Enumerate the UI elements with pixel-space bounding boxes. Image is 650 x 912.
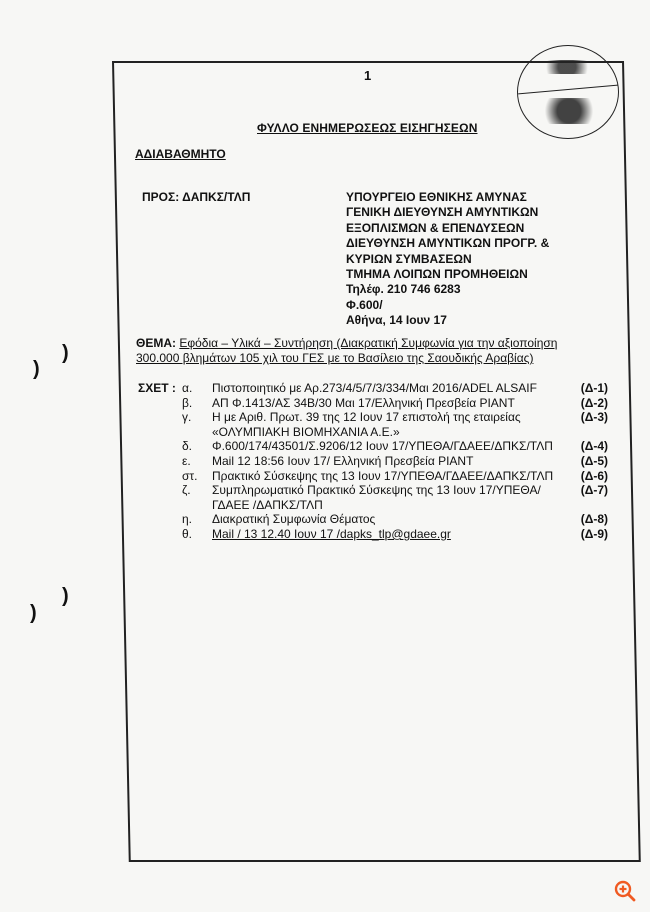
reference-letter: β. bbox=[182, 396, 212, 411]
reference-item: ε.Mail 12 18:56 Ιουν 17/ Ελληνική Πρεσβε… bbox=[138, 454, 608, 469]
references-label: ΣΧΕΤ : bbox=[138, 381, 182, 396]
sender-line: Τηλέφ. 210 746 6283 bbox=[346, 282, 549, 297]
sender-line: ΚΥΡΙΩΝ ΣΥΜΒΑΣΕΩΝ bbox=[346, 252, 549, 267]
sender-line: Φ.600/ bbox=[346, 298, 549, 313]
reference-item: γ.Η με Αριθ. Πρωτ. 39 της 12 Ιουν 17 επι… bbox=[138, 410, 608, 439]
attachment-code: (Δ-7) bbox=[568, 483, 608, 512]
references-label bbox=[138, 396, 182, 411]
reference-item: στ.Πρακτικό Σύσκεψης της 13 Ιουν 17/ΥΠΕΘ… bbox=[138, 469, 608, 484]
sender-line: ΔΙΕΥΘΥΝΣΗ ΑΜΥΝΤΙΚΩΝ ΠΡΟΓΡ. & bbox=[346, 236, 549, 251]
reference-letter: ε. bbox=[182, 454, 212, 469]
page-number: 1 bbox=[364, 68, 371, 83]
reference-item: β.ΑΠ Φ.1413/ΑΣ 34Β/30 Μαι 17/Ελληνική Πρ… bbox=[138, 396, 608, 411]
sender-line: ΓΕΝΙΚΗ ΔΙΕΥΘΥΝΣΗ ΑΜΥΝΤΙΚΩΝ bbox=[346, 205, 549, 220]
sender-line: ΕΞΟΠΛΙΣΜΩΝ & ΕΠΕΝΔΥΣΕΩΝ bbox=[346, 221, 549, 236]
reference-text[interactable]: Mail / 13 12.40 Ιουν 17 /dapks_tlp@gdaee… bbox=[212, 527, 568, 542]
sender-line: ΥΠΟΥΡΓΕΙΟ ΕΘΝΙΚΗΣ ΑΜΥΝΑΣ bbox=[346, 190, 549, 205]
references-label bbox=[138, 483, 182, 512]
reference-item: θ.Mail / 13 12.40 Ιουν 17 /dapks_tlp@gda… bbox=[138, 527, 608, 542]
punch-mark: ) bbox=[62, 585, 69, 608]
classification-label: ΑΔΙΑΒΑΘΜΗΤΟ bbox=[135, 147, 226, 161]
attachment-code: (Δ-9) bbox=[568, 527, 608, 542]
reference-letter: δ. bbox=[182, 439, 212, 454]
attachment-code: (Δ-1) bbox=[568, 381, 608, 396]
references-label bbox=[138, 454, 182, 469]
attachment-code: (Δ-2) bbox=[568, 396, 608, 411]
punch-mark: ) bbox=[30, 602, 37, 625]
reference-letter: α. bbox=[182, 381, 212, 396]
reference-item: δ.Φ.600/174/43501/Σ.9206/12 Ιουν 17/ΥΠΕΘ… bbox=[138, 439, 608, 454]
punch-mark: ) bbox=[62, 342, 69, 365]
punch-mark: ) bbox=[33, 358, 40, 381]
sender-line: Αθήνα, 14 Ιουν 17 bbox=[346, 313, 549, 328]
references-label bbox=[138, 469, 182, 484]
reference-text: Διακρατική Συμφωνία Θέματος bbox=[212, 512, 568, 527]
reference-letter: η. bbox=[182, 512, 212, 527]
references-label bbox=[138, 527, 182, 542]
sender-line: ΤΜΗΜΑ ΛΟΙΠΩΝ ΠΡΟΜΗΘΕΙΩΝ bbox=[346, 267, 549, 282]
attachment-code: (Δ-3) bbox=[568, 410, 608, 439]
reference-text: Πρακτικό Σύσκεψης της 13 Ιουν 17/ΥΠΕΘΑ/Γ… bbox=[212, 469, 568, 484]
attachment-code: (Δ-8) bbox=[568, 512, 608, 527]
reference-text: Πιστοποιητικό με Αρ.273/4/5/7/3/334/Μαι … bbox=[212, 381, 568, 396]
subject-text: Εφόδια – Υλικά – Συντήρηση (Διακρατική Σ… bbox=[136, 336, 557, 365]
reference-text: Φ.600/174/43501/Σ.9206/12 Ιουν 17/ΥΠΕΘΑ/… bbox=[212, 439, 568, 454]
attachment-code: (Δ-5) bbox=[568, 454, 608, 469]
reference-item: ΣΧΕΤ :α.Πιστοποιητικό με Αρ.273/4/5/7/3/… bbox=[138, 381, 608, 396]
sender-block: ΥΠΟΥΡΓΕΙΟ ΕΘΝΙΚΗΣ ΑΜΥΝΑΣΓΕΝΙΚΗ ΔΙΕΥΘΥΝΣΗ… bbox=[346, 190, 549, 329]
reference-letter: θ. bbox=[182, 527, 212, 542]
subject: ΘΕΜΑ: Εφόδια – Υλικά – Συντήρηση (Διακρα… bbox=[136, 336, 596, 366]
references-label bbox=[138, 410, 182, 439]
references-list: ΣΧΕΤ :α.Πιστοποιητικό με Αρ.273/4/5/7/3/… bbox=[138, 381, 608, 542]
official-stamp bbox=[517, 45, 619, 139]
document-title: ΦΥΛΛΟ ΕΝΗΜΕΡΩΣΕΩΣ ΕΙΣΗΓΗΣΕΩΝ bbox=[257, 121, 477, 135]
reference-item: η.Διακρατική Συμφωνία Θέματος(Δ-8) bbox=[138, 512, 608, 527]
reference-text: ΑΠ Φ.1413/ΑΣ 34Β/30 Μαι 17/Ελληνική Πρεσ… bbox=[212, 396, 568, 411]
reference-text: Συμπληρωματικό Πρακτικό Σύσκεψης της 13 … bbox=[212, 483, 568, 512]
zoom-in-icon[interactable] bbox=[614, 880, 636, 902]
references-label bbox=[138, 512, 182, 527]
recipient: ΠΡΟΣ: ΔΑΠΚΣ/ΤΛΠ bbox=[142, 190, 250, 204]
subject-label: ΘΕΜΑ: bbox=[136, 336, 176, 350]
reference-letter: ζ. bbox=[182, 483, 212, 512]
reference-letter: γ. bbox=[182, 410, 212, 439]
references-label bbox=[138, 439, 182, 454]
reference-item: ζ.Συμπληρωματικό Πρακτικό Σύσκεψης της 1… bbox=[138, 483, 608, 512]
reference-text: Mail 12 18:56 Ιουν 17/ Ελληνική Πρεσβεία… bbox=[212, 454, 568, 469]
attachment-code: (Δ-4) bbox=[568, 439, 608, 454]
attachment-code: (Δ-6) bbox=[568, 469, 608, 484]
reference-text: Η με Αριθ. Πρωτ. 39 της 12 Ιουν 17 επιστ… bbox=[212, 410, 568, 439]
reference-letter: στ. bbox=[182, 469, 212, 484]
